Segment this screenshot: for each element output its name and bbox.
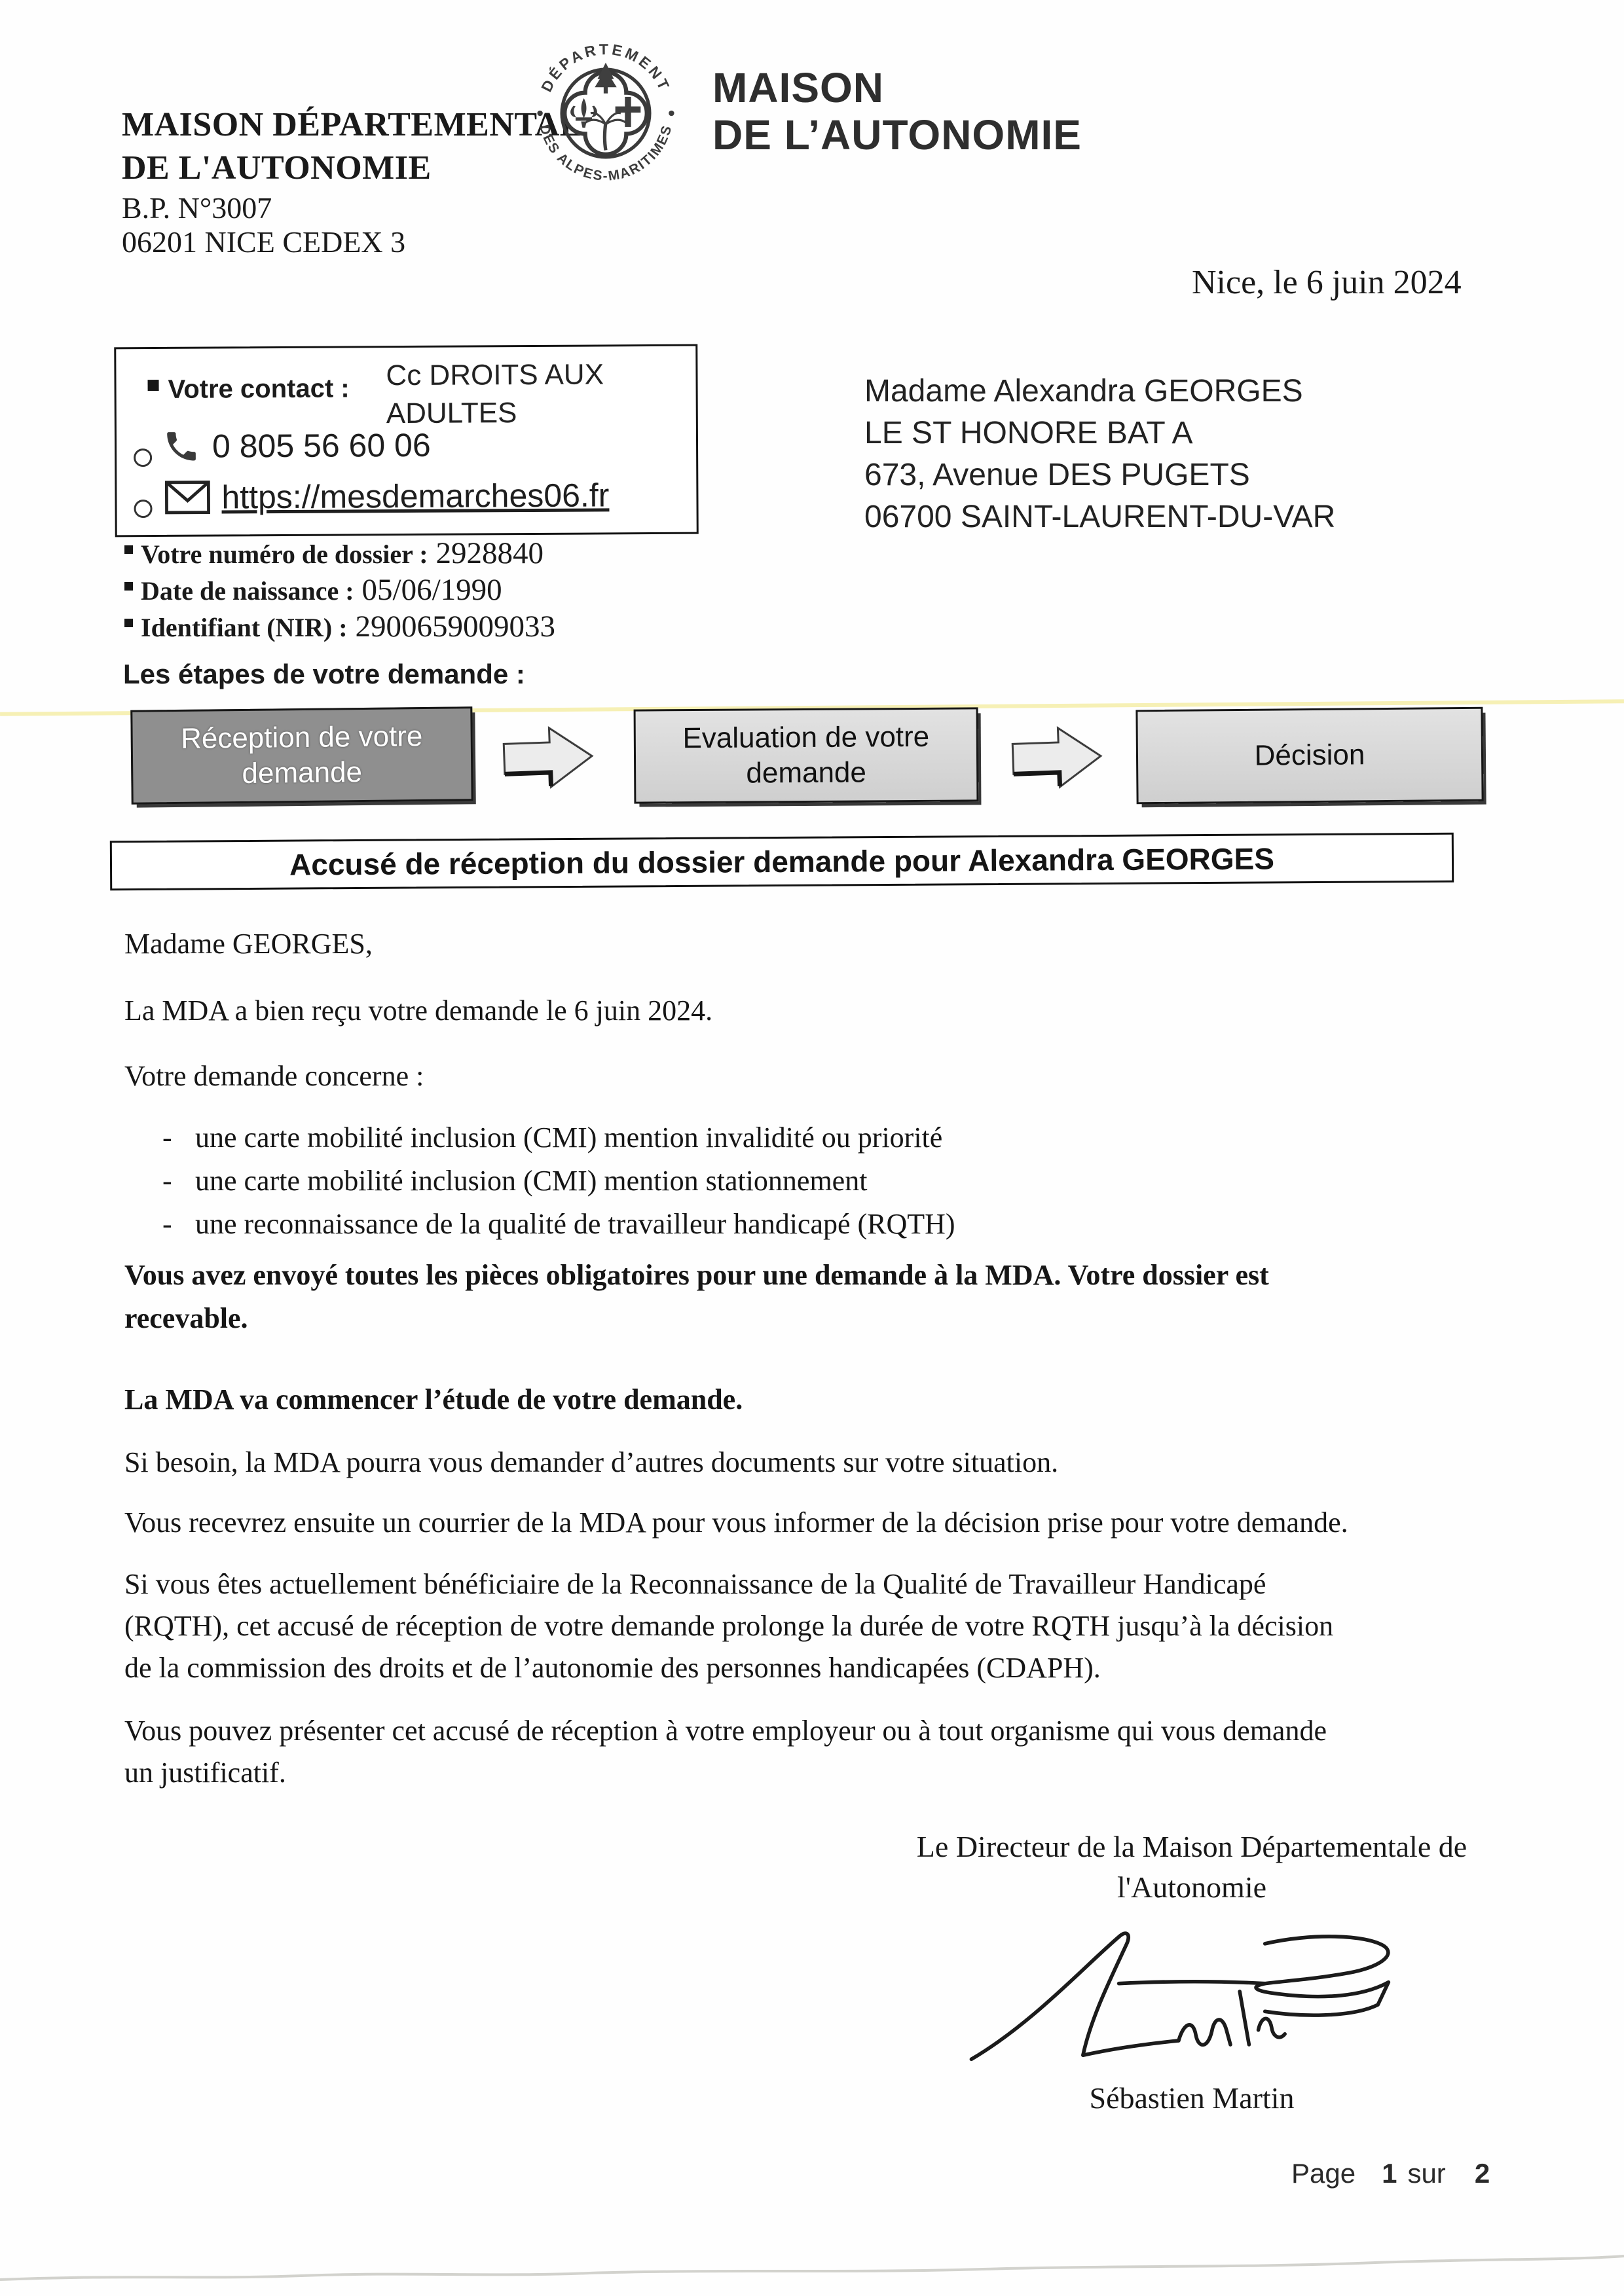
phone-icon — [162, 428, 200, 465]
signer-title-line2: l'Autonomie — [871, 1867, 1513, 1908]
page-current: 1 — [1382, 2158, 1397, 2189]
step-reception-line1: Réception de votre — [181, 719, 423, 757]
paragraph-justificatif-line2: un justificatif. — [124, 1756, 286, 1789]
contact-label-row: Votre contact : — [147, 374, 349, 405]
step-evaluation-line1: Evaluation de votre — [682, 720, 929, 756]
birth-date-label: Date de naissance : — [141, 575, 354, 606]
paragraph-courier: Vous recevrez ensuite un courrier de la … — [124, 1506, 1348, 1539]
paragraph-if-needed: Si besoin, la MDA pourra vous demander d… — [124, 1446, 1058, 1479]
file-number-row: Votre numéro de dossier : 2928840 — [124, 536, 544, 571]
nir-row: Identifiant (NIR) : 2900659009033 — [124, 609, 555, 644]
square-bullet-icon — [124, 619, 133, 627]
birth-date-row: Date de naissance : 05/06/1990 — [124, 572, 502, 608]
step-reception-line2: demande — [181, 754, 423, 792]
letter-title: Accusé de réception du dossier demande p… — [289, 841, 1274, 882]
step-box-evaluation: Evaluation de votre demande — [634, 707, 979, 803]
contact-website-link[interactable]: https://mesdemarches06.fr — [221, 476, 609, 516]
nir-label: Identifiant (NIR) : — [141, 612, 348, 643]
logo-wordmark-line2: DE L’AUTONOMIE — [712, 111, 1082, 158]
contact-label: Votre contact : — [168, 374, 349, 404]
recipient-address-block: Madame Alexandra GEORGES LE ST HONORE BA… — [864, 371, 1335, 538]
paragraph-complete-line2: recevable. — [124, 1302, 248, 1335]
file-number-value: 2928840 — [436, 536, 544, 571]
page-total: 2 — [1475, 2158, 1490, 2189]
paragraph-rqth-line2: (RQTH), cet accusé de réception de votre… — [124, 1609, 1333, 1643]
step-reception-label: Réception de votre demande — [181, 719, 423, 792]
request-bullet-1: -une carte mobilité inclusion (CMI) ment… — [162, 1121, 942, 1154]
paper-edge-artifact — [0, 2246, 1624, 2291]
square-bullet-icon — [124, 545, 133, 554]
paragraph-received: La MDA a bien reçu votre demande le 6 ju… — [124, 994, 712, 1027]
salutation: Madame GEORGES, — [124, 927, 373, 960]
contact-box: Votre contact : Cc DROITS AUX ADULTES 0 … — [114, 344, 699, 538]
logo-wordmark-line1: MAISON — [712, 64, 1082, 111]
circle-bullet-icon — [134, 448, 152, 467]
birth-date-value: 05/06/1990 — [362, 572, 502, 608]
page-separator: sur — [1407, 2158, 1445, 2189]
arrow-right-icon — [502, 720, 596, 795]
dash-bullet-icon: - — [162, 1121, 195, 1154]
step-box-decision: Décision — [1135, 707, 1483, 805]
recipient-street: 673, Avenue DES PUGETS — [864, 454, 1335, 496]
contact-service-line1: Cc DROITS AUX — [386, 355, 604, 395]
sender-city: 06201 NICE CEDEX 3 — [122, 225, 405, 259]
paragraph-rqth-line3: de la commission des droits et de l’auto… — [124, 1651, 1101, 1685]
department-seal-icon: DÉPARTEMENT DES ALPES-MARITIMES — [530, 38, 681, 189]
step-evaluation-line2: demande — [683, 755, 930, 792]
steps-heading: Les étapes de votre demande : — [123, 659, 525, 690]
circle-bullet-icon — [134, 500, 152, 518]
step-decision-line1: Décision — [1254, 737, 1365, 773]
file-number-label: Votre numéro de dossier : — [141, 539, 428, 570]
step-box-reception: Réception de votre demande — [130, 706, 473, 804]
contact-phone-row: 0 805 56 60 06 — [134, 425, 431, 467]
paragraph-concerns: Votre demande concerne : — [124, 1059, 424, 1093]
step-evaluation-label: Evaluation de votre demande — [682, 720, 929, 792]
page-label: Page — [1291, 2158, 1356, 2189]
signer-title-line1: Le Directeur de la Maison Départementale… — [871, 1827, 1513, 1867]
sender-po-box: B.P. N°3007 — [122, 191, 405, 225]
step-decision-label: Décision — [1254, 737, 1365, 773]
square-bullet-icon — [148, 380, 159, 391]
recipient-name: Madame Alexandra GEORGES — [864, 371, 1335, 412]
letter-date: Nice, le 6 juin 2024 — [1192, 263, 1462, 302]
paragraph-study-start: La MDA va commencer l’étude de votre dem… — [124, 1383, 743, 1416]
contact-service: Cc DROITS AUX ADULTES — [386, 355, 604, 433]
scanned-letter-page: MAISON DÉPARTEMENTALE DE L'AUTONOMIE B.P… — [0, 0, 1624, 2296]
signer-name: Sébastien Martin — [871, 2081, 1513, 2115]
envelope-icon — [164, 480, 211, 515]
contact-website-row: https://mesdemarches06.fr — [134, 475, 609, 518]
contact-phone-number: 0 805 56 60 06 — [212, 426, 431, 465]
handwritten-signature — [953, 1915, 1418, 2079]
signer-title: Le Directeur de la Maison Départementale… — [871, 1827, 1513, 1908]
dash-bullet-icon: - — [162, 1164, 195, 1197]
logo-wordmark: MAISON DE L’AUTONOMIE — [712, 64, 1082, 158]
request-bullet-1-text: une carte mobilité inclusion (CMI) menti… — [195, 1121, 942, 1154]
request-bullet-2-text: une carte mobilité inclusion (CMI) menti… — [195, 1165, 867, 1197]
paragraph-rqth-line1: Si vous êtes actuellement bénéficiaire d… — [124, 1567, 1266, 1601]
arrow-right-icon — [1010, 720, 1105, 795]
paragraph-justificatif-line1: Vous pouvez présenter cet accusé de réce… — [124, 1714, 1327, 1747]
nir-value: 2900659009033 — [356, 609, 556, 644]
sender-address: B.P. N°3007 06201 NICE CEDEX 3 — [122, 191, 405, 259]
request-bullet-2: -une carte mobilité inclusion (CMI) ment… — [162, 1164, 867, 1197]
recipient-city: 06700 SAINT-LAURENT-DU-VAR — [864, 496, 1335, 538]
paragraph-complete-line1: Vous avez envoyé toutes les pièces oblig… — [124, 1258, 1269, 1292]
square-bullet-icon — [124, 582, 133, 591]
page-indicator: Page 1 sur 2 — [1291, 2158, 1490, 2189]
letter-title-bar: Accusé de réception du dossier demande p… — [110, 833, 1454, 891]
dash-bullet-icon: - — [162, 1207, 195, 1241]
recipient-building: LE ST HONORE BAT A — [864, 412, 1335, 454]
request-bullet-3-text: une reconnaissance de la qualité de trav… — [195, 1208, 955, 1240]
request-bullet-3: -une reconnaissance de la qualité de tra… — [162, 1207, 955, 1241]
